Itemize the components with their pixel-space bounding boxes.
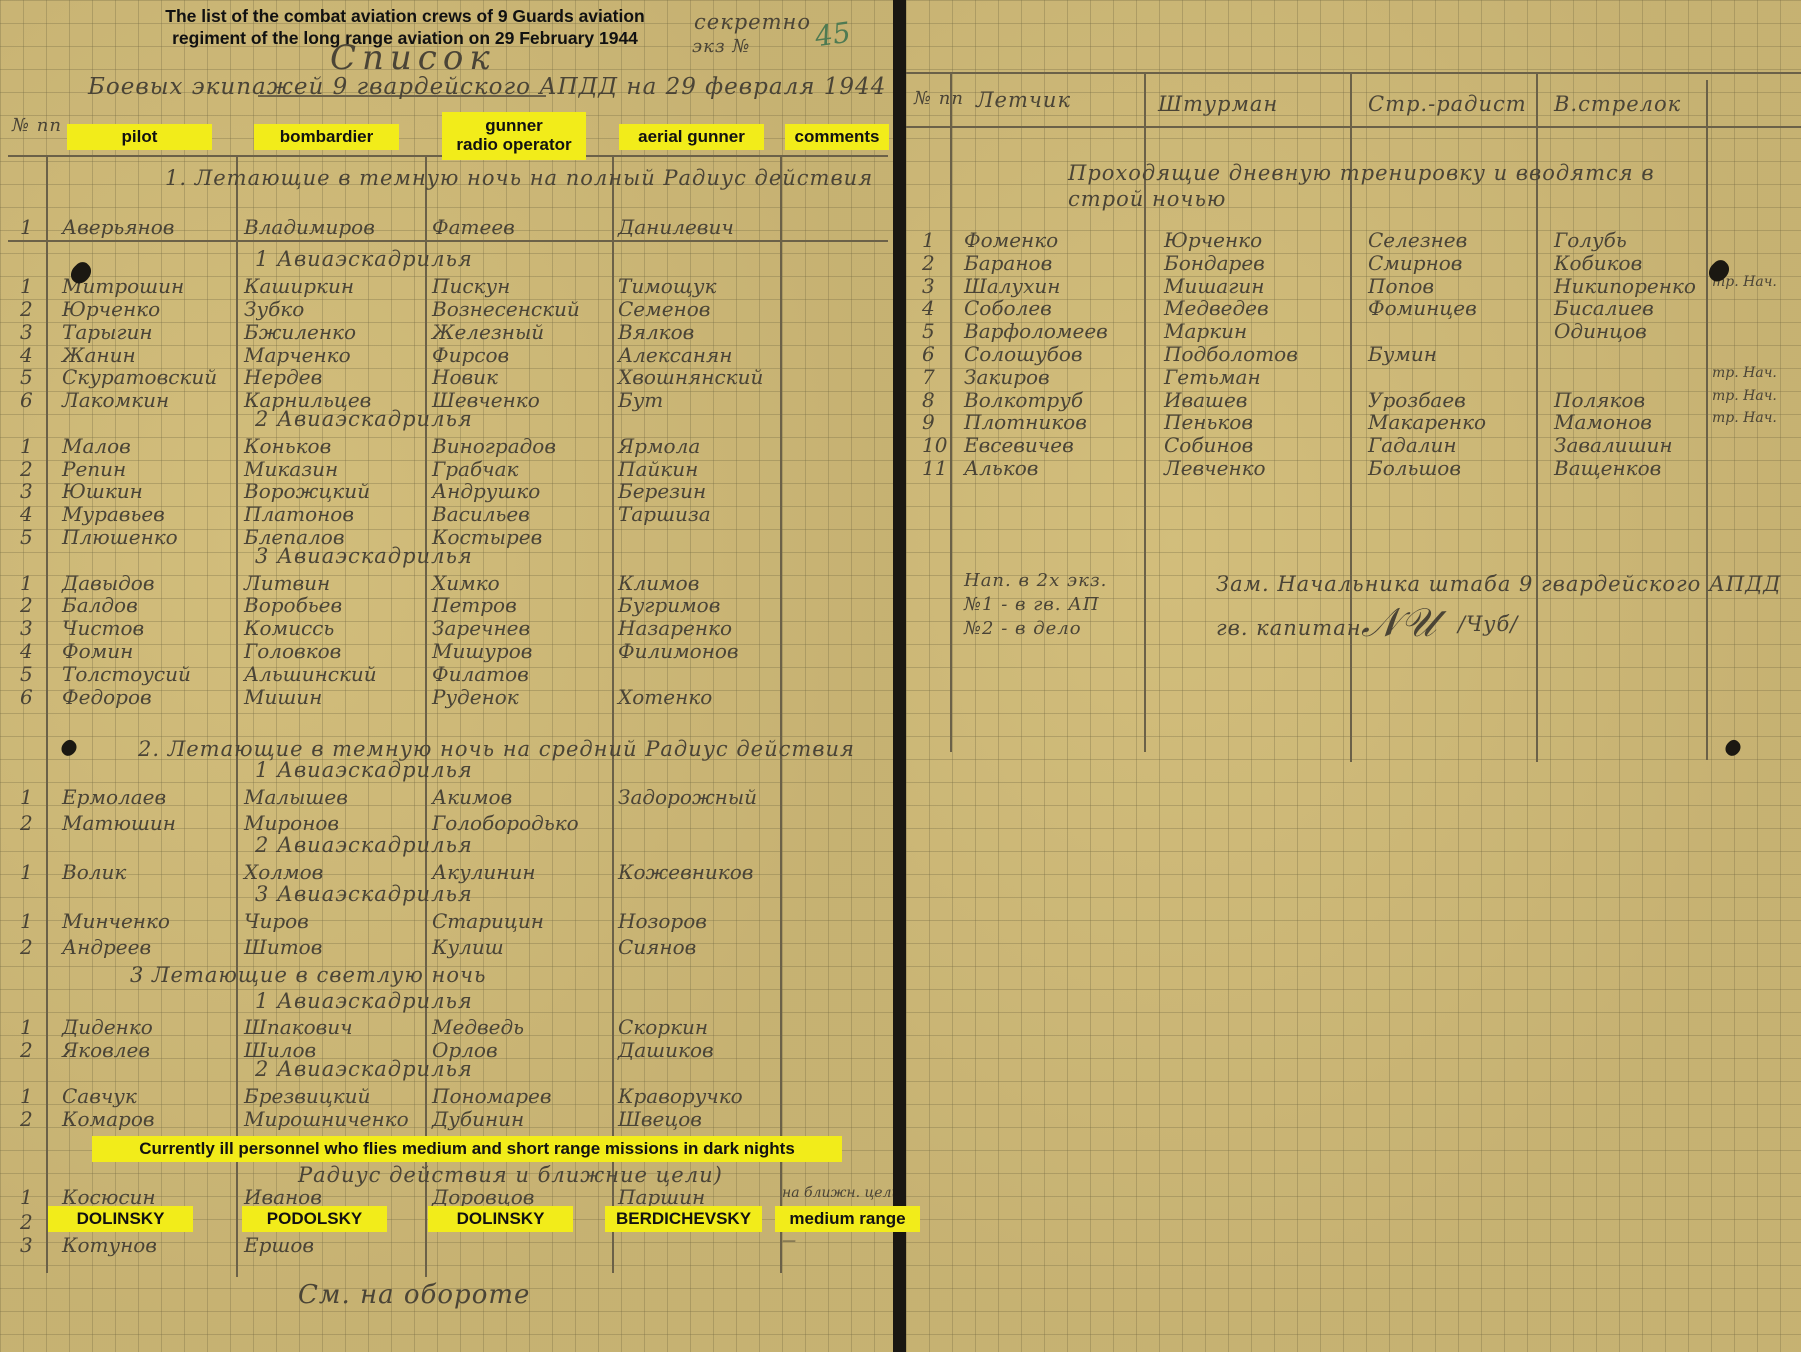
cell-pilot: Тарыгин: [62, 320, 153, 344]
cell-bombardier: Ворожцкий: [244, 479, 370, 503]
cell-pilot: Фоменко: [964, 228, 1058, 252]
signature-title: Зам. Начальника штаба 9 гвардейского АПД…: [1216, 572, 1781, 596]
column-label-comments: comments: [785, 124, 889, 150]
squadron-title: 3 Авиаэскадрилья: [255, 544, 473, 568]
cell-n: 9: [922, 410, 935, 434]
cell-n: 4: [20, 343, 33, 367]
cell-n: 6: [20, 388, 33, 412]
signature-rank: гв. капитан: [1216, 616, 1362, 640]
cell-aerial-gunner: Пайкин: [618, 457, 698, 481]
cell-aerial-gunner: Березин: [618, 479, 706, 503]
cell-bombardier: Литвин: [244, 571, 330, 595]
cell-gunner: Большов: [1368, 456, 1461, 480]
cell-pilot: Репин: [62, 457, 126, 481]
ill-handwritten-note: Радиус действия и ближние цели): [298, 1163, 723, 1187]
cell-gunner: Акулинин: [432, 860, 536, 884]
secret-mark: секретно: [694, 10, 811, 34]
cell-aerial-gunner: Кожевников: [618, 860, 753, 884]
cell-aerial-gunner: Бугримов: [618, 593, 720, 617]
cell-n: 5: [20, 525, 33, 549]
cell-bombardier: Воробьев: [244, 593, 342, 617]
cell-comment: тр. Нач.: [1712, 365, 1777, 381]
cell-bombardier: Комиссь: [244, 616, 334, 640]
cell-gunner: Медведь: [432, 1015, 524, 1039]
table-row: 2МатюшинМироновГолобородько: [0, 811, 893, 833]
table-row: 3ШалухинМишагинПоповНикипоренкотр. Нач.: [906, 274, 1801, 296]
cell-n: 1: [20, 215, 33, 239]
header-aerial-gunner: В.стрелок: [1554, 92, 1681, 116]
cell-bombardier: Зубко: [244, 297, 304, 321]
cell-bombardier: Марченко: [244, 343, 351, 367]
cell-n: 10: [922, 433, 947, 457]
cell-n: 1: [922, 228, 935, 252]
table-row: 2КомаровМирошниченкоДубининШвецов: [0, 1107, 893, 1129]
table-row: 5ТолстоусийАльшинскийФилатов: [0, 662, 893, 684]
cell-bombardier: Малышев: [244, 785, 348, 809]
table-row: 4ФоминГоловковМишуровФилимонов: [0, 639, 893, 661]
distribution-line-2: №1 - в гв. АП: [964, 594, 1100, 615]
cell-pilot: Скуратовский: [62, 365, 217, 389]
cell-n: 11: [922, 456, 947, 480]
cell-gunner: Урозбаев: [1368, 388, 1466, 412]
cell-gunner: Петров: [432, 593, 517, 617]
cell-gunner: Пономарев: [432, 1084, 551, 1108]
cell-gunner: Грабчак: [432, 457, 518, 481]
cell-pilot: Закиров: [964, 365, 1050, 389]
distribution-line-3: №2 - в дело: [964, 618, 1082, 639]
squadron-title: 1 Авиаэскадрилья: [255, 758, 473, 782]
cell-gunner: Кулиш: [432, 935, 504, 959]
column-label-bombardier: bombardier: [254, 124, 399, 150]
cell-gunner: Андрушко: [432, 479, 540, 503]
cell-pilot: Минченко: [62, 909, 170, 933]
cell-aerial-gunner: Мамонов: [1554, 410, 1652, 434]
squadron-title: 1 Авиаэскадрилья: [255, 247, 473, 271]
cell-aerial-gunner: Климов: [618, 571, 699, 595]
cell-pilot: Жанин: [62, 343, 136, 367]
column-label-pilot: pilot: [67, 124, 212, 150]
table-row: 8ВолкотрубИвашевУрозбаевПоляковтр. Нач.: [906, 388, 1801, 410]
table-row: 1СавчукБрезвицкийПономаревКраворучко: [0, 1084, 893, 1106]
table-row: 6СолошубовПодболотовБумин: [906, 342, 1801, 364]
title-line-1: The list of the combat aviation crews of…: [125, 6, 685, 28]
table-row: 5СкуратовскийНердевНовикХвошнянский: [0, 365, 893, 387]
cell-n: 3: [20, 1233, 33, 1257]
cell-bombardier: Брезвицкий: [244, 1084, 370, 1108]
cell-aerial-gunner: Одинцов: [1554, 319, 1647, 343]
table-row: 1МаловКоньковВиноградовЯрмола: [0, 434, 893, 456]
table-row: 4МуравьевПлатоновВасильевТаршиза: [0, 502, 893, 524]
cell-n: 1: [20, 1185, 33, 1209]
cell-comment: тр. Нач.: [1712, 388, 1777, 404]
cell-n: 5: [922, 319, 935, 343]
cell-bombardier: Пеньков: [1164, 410, 1253, 434]
ill-personnel-label: Currently ill personnel who flies medium…: [92, 1136, 842, 1162]
cell-pilot: Савчук: [62, 1084, 137, 1108]
cell-pilot: Альков: [964, 456, 1038, 480]
table-row: 6ФедоровМишинРуденокХотенко: [0, 685, 893, 707]
cell-n: 2: [922, 251, 935, 275]
section-title: Проходящие дневную тренировку и вводятся…: [1068, 160, 1708, 212]
cell-n: 6: [922, 342, 935, 366]
cell-pilot: Чистов: [62, 616, 144, 640]
cell-bombardier: Владимиров: [244, 215, 375, 239]
table-row: 3ТарыгинБжиленкоЖелезныйВялков: [0, 320, 893, 342]
table-row: 1МинченкоЧировСтарицинНозоров: [0, 909, 893, 931]
page-number: 45: [813, 16, 853, 54]
cell-gunner: Заречнев: [432, 616, 530, 640]
header-gunner: Стр.-радист: [1368, 92, 1527, 116]
cell-bombardier: Бжиленко: [244, 320, 356, 344]
cell-gunner: Макаренко: [1368, 410, 1486, 434]
cell-aerial-gunner: Никипоренко: [1554, 274, 1696, 298]
bottom-label-pilot: DOLINSKY: [48, 1206, 193, 1232]
document-heading: Список: [330, 38, 496, 78]
cell-aerial-gunner: Данилевич: [618, 215, 734, 239]
cell-pilot: Евсевичев: [964, 433, 1074, 457]
cell-comment: —: [782, 1233, 796, 1249]
cell-bombardier: Собинов: [1164, 433, 1253, 457]
cell-bombardier: Ивашев: [1164, 388, 1247, 412]
cell-n: 1: [20, 1084, 33, 1108]
cell-pilot: Котунов: [62, 1233, 157, 1257]
cell-n: 2: [20, 297, 33, 321]
cell-pilot: Балдов: [62, 593, 138, 617]
table-row: 7ЗакировГетьмантр. Нач.: [906, 365, 1801, 387]
column-label-aerial-gunner: aerial gunner: [619, 124, 764, 150]
cell-pilot: Малов: [62, 434, 131, 458]
cell-gunner: Смирнов: [1368, 251, 1462, 275]
label-gunner: gunner: [485, 117, 543, 136]
cell-bombardier: Головков: [244, 639, 341, 663]
right-page: № пп Летчик Штурман Стр.-радист В.стрело…: [906, 0, 1801, 1352]
table-row: 1ДиденкоШпаковичМедведьСкоркин: [0, 1015, 893, 1037]
cell-aerial-gunner: Алексанян: [618, 343, 732, 367]
header-bottom-line: [906, 126, 1801, 128]
cell-gunner: Руденок: [432, 685, 519, 709]
cell-n: 3: [20, 479, 33, 503]
cell-aerial-gunner: Назаренко: [618, 616, 732, 640]
left-page: The list of the combat aviation crews of…: [0, 0, 893, 1352]
footer-note: См. на обороте: [298, 1280, 530, 1310]
cell-aerial-gunner: Вялков: [618, 320, 694, 344]
cell-gunner: Старицин: [432, 909, 544, 933]
squadron-title: 2 Авиаэскадрилья: [255, 833, 473, 857]
section-3-title: 3 Летающие в светлую ночь: [130, 963, 486, 987]
table-row: 4СоболевМедведевФоминцевБисалиев: [906, 296, 1801, 318]
cell-n: 5: [20, 365, 33, 389]
cell-pilot: Ермолаев: [62, 785, 166, 809]
cell-bombardier: Миказин: [244, 457, 338, 481]
section-2-title: 2. Летающие в темную ночь на средний Рад…: [138, 737, 855, 761]
cell-aerial-gunner: Кобиков: [1554, 251, 1642, 275]
cell-n: 3: [922, 274, 935, 298]
cell-gunner: Бумин: [1368, 342, 1437, 366]
cell-bombardier: Левченко: [1164, 456, 1266, 480]
table-row: 1АверьяновВладимировФатеевДанилевич: [0, 215, 893, 237]
cell-n: 1: [20, 909, 33, 933]
table-row: 2БалдовВоробьевПетровБугримов: [0, 593, 893, 615]
bottom-label-gunner: DOLINSKY: [428, 1206, 573, 1232]
cell-n: 5: [20, 662, 33, 686]
cell-pilot: Баранов: [964, 251, 1052, 275]
cell-n: 2: [20, 593, 33, 617]
cell-n: 8: [922, 388, 935, 412]
cell-n: 2: [20, 457, 33, 481]
table-row: 11АльковЛевченкоБольшовВащенков: [906, 456, 1801, 478]
table-row: 5ВарфоломеевМаркинОдинцов: [906, 319, 1801, 341]
cell-gunner: Химко: [432, 571, 500, 595]
squadron-title: 2 Авиаэскадрилья: [255, 407, 473, 431]
cell-aerial-gunner: Бисалиев: [1554, 296, 1654, 320]
signature-name: /Чуб/: [1458, 612, 1518, 636]
table-row: 3ЧистовКомиссьЗаречневНазаренко: [0, 616, 893, 638]
cell-gunner: Фоминцев: [1368, 296, 1477, 320]
cell-aerial-gunner: Нозоров: [618, 909, 707, 933]
cell-bombardier: Миронов: [244, 811, 339, 835]
bottom-label-comments: medium range: [775, 1206, 920, 1232]
table-row: 1ВоликХолмовАкулининКожевников: [0, 860, 893, 882]
cell-gunner: Виноградов: [432, 434, 556, 458]
signature-scrawl: 𝒩𝒰: [1361, 600, 1437, 646]
cell-pilot: Лакомкин: [62, 388, 169, 412]
cell-comment: на ближн. цели: [782, 1185, 901, 1201]
cell-gunner: Селезнев: [1368, 228, 1467, 252]
table-row: 2РепинМиказинГрабчакПайкин: [0, 457, 893, 479]
cell-bombardier: Альшинский: [244, 662, 377, 686]
cell-gunner: Гадалин: [1368, 433, 1457, 457]
cell-n: 2: [20, 1038, 33, 1062]
squadron-title: 1 Авиаэскадрилья: [255, 989, 473, 1013]
cell-bombardier: Платонов: [244, 502, 354, 526]
cell-n: 4: [20, 639, 33, 663]
cell-pilot: Яковлев: [62, 1038, 150, 1062]
cell-pilot: Давыдов: [62, 571, 154, 595]
cell-gunner: Фатеев: [432, 215, 515, 239]
cell-bombardier: Коньков: [244, 434, 331, 458]
cell-aerial-gunner: Поляков: [1554, 388, 1645, 412]
cell-bombardier: Ершов: [244, 1233, 314, 1257]
cell-bombardier: Каширкин: [244, 274, 354, 298]
cell-comment: тр. Нач.: [1712, 410, 1777, 426]
cell-gunner: Голобородько: [432, 811, 579, 835]
cell-pilot: Муравьев: [62, 502, 165, 526]
cell-n: 2: [20, 1210, 33, 1234]
cell-n: 1: [20, 434, 33, 458]
table-row: 3КотуновЕршов—: [0, 1233, 893, 1255]
cell-gunner: Новик: [432, 365, 498, 389]
header-bottom-line: [8, 240, 888, 242]
cell-bombardier: Медведев: [1164, 296, 1269, 320]
cell-bombardier: Холмов: [244, 860, 323, 884]
cell-aerial-gunner: Краворучко: [618, 1084, 743, 1108]
copy-mark: экз №: [692, 36, 750, 57]
cell-bombardier: Мишагин: [1164, 274, 1264, 298]
cell-aerial-gunner: Голубь: [1554, 228, 1627, 252]
cell-bombardier: Мишин: [244, 685, 322, 709]
cell-n: 4: [922, 296, 935, 320]
cell-n: 4: [20, 502, 33, 526]
cell-gunner: Попов: [1368, 274, 1434, 298]
cell-aerial-gunner: Дашиков: [618, 1038, 714, 1062]
bottom-label-bombardier: PODOLSKY: [242, 1206, 387, 1232]
cell-bombardier: Юрченко: [1164, 228, 1262, 252]
cell-n: 1: [20, 274, 33, 298]
cell-pilot: Юшкин: [62, 479, 143, 503]
punch-hole: [1722, 737, 1743, 758]
table-row: 1ФоменкоЮрченкоСелезневГолубь: [906, 228, 1801, 250]
cell-bombardier: Шпакович: [244, 1015, 353, 1039]
punch-hole: [58, 737, 79, 758]
cell-aerial-gunner: Сиянов: [618, 935, 696, 959]
table-row: 1ДавыдовЛитвинХимкоКлимов: [0, 571, 893, 593]
cell-aerial-gunner: Хвошнянский: [618, 365, 763, 389]
table-row: 9ПлотниковПеньковМакаренкоМамоновтр. Нач…: [906, 410, 1801, 432]
cell-bombardier: Бондарев: [1164, 251, 1265, 275]
num-header: № пп: [914, 88, 964, 109]
cell-aerial-gunner: Ярмола: [618, 434, 700, 458]
cell-gunner: Филатов: [432, 662, 529, 686]
table-row: 1КосюсинИвановДоровцовПаршинна ближн. це…: [0, 1185, 893, 1207]
header-bombardier: Штурман: [1158, 92, 1278, 116]
cell-aerial-gunner: Ващенков: [1554, 456, 1661, 480]
cell-n: 2: [20, 811, 33, 835]
bottom-label-aerial-gunner: BERDICHEVSKY: [605, 1206, 762, 1232]
page-seam: [893, 0, 906, 1352]
table-row: 4ЖанинМарченкоФирсовАлексанян: [0, 343, 893, 365]
table-row: 1ЕрмолаевМалышевАкимовЗадорожный: [0, 785, 893, 807]
cell-n: 6: [20, 685, 33, 709]
cell-pilot: Волкотруб: [964, 388, 1083, 412]
cell-bombardier: Мирошниченко: [244, 1107, 409, 1131]
cell-pilot: Шалухин: [964, 274, 1060, 298]
section-1-title: 1. Летающие в темную ночь на полный Ради…: [165, 166, 873, 190]
cell-aerial-gunner: Завалишин: [1554, 433, 1673, 457]
cell-gunner: Васильев: [432, 502, 530, 526]
table-row: 2БарановБондаревСмирновКобиков: [906, 251, 1801, 273]
cell-aerial-gunner: Таршиза: [618, 502, 711, 526]
table-row: 2ЮрченкоЗубкоВознесенскийСеменов: [0, 297, 893, 319]
header-pilot: Летчик: [976, 88, 1071, 112]
cell-pilot: Андреев: [62, 935, 151, 959]
table-row: 10ЕвсевичевСобиновГадалинЗавалишин: [906, 433, 1801, 455]
cell-n: 1: [20, 1015, 33, 1039]
cell-gunner: Железный: [432, 320, 544, 344]
cell-pilot: Варфоломеев: [964, 319, 1108, 343]
cell-n: 3: [20, 616, 33, 640]
cell-pilot: Федоров: [62, 685, 152, 709]
cell-gunner: Дубинин: [432, 1107, 524, 1131]
cell-aerial-gunner: Хотенко: [618, 685, 712, 709]
table-row: 1МитрошинКаширкинПискунТимощук: [0, 274, 893, 296]
cell-bombardier: Гетьман: [1164, 365, 1261, 389]
cell-aerial-gunner: Филимонов: [618, 639, 739, 663]
cell-gunner: Пискун: [432, 274, 510, 298]
cell-pilot: Фомин: [62, 639, 133, 663]
cell-n: 7: [922, 365, 935, 389]
cell-aerial-gunner: Швецов: [618, 1107, 702, 1131]
cell-n: 1: [20, 571, 33, 595]
squadron-title: 3 Авиаэскадрилья: [255, 882, 473, 906]
cell-pilot: Матюшин: [62, 811, 176, 835]
cell-aerial-gunner: Семенов: [618, 297, 710, 321]
cell-bombardier: Подболотов: [1164, 342, 1298, 366]
cell-n: 1: [20, 785, 33, 809]
cell-bombardier: Шитов: [244, 935, 322, 959]
cell-pilot: Комаров: [62, 1107, 155, 1131]
cell-pilot: Соболев: [964, 296, 1052, 320]
cell-pilot: Плюшенко: [62, 525, 178, 549]
label-radio-operator: radio operator: [456, 136, 571, 155]
num-header: № пп: [12, 115, 62, 136]
distribution-line-1: Нап. в 2х экз.: [964, 570, 1107, 591]
cell-pilot: Солошубов: [964, 342, 1083, 366]
cell-n: 1: [20, 860, 33, 884]
cell-aerial-gunner: Бут: [618, 388, 663, 412]
cell-bombardier: Чиров: [244, 909, 309, 933]
cell-gunner: Вознесенский: [432, 297, 580, 321]
document-subheading: Боевых экипажей 9 гвардейского АПДД на 2…: [88, 74, 916, 100]
column-label-gunner-radio-operator: gunner radio operator: [442, 112, 586, 160]
table-row: 2АндреевШитовКулишСиянов: [0, 935, 893, 957]
cell-n: 2: [20, 1107, 33, 1131]
cell-aerial-gunner: Задорожный: [618, 785, 757, 809]
cell-gunner: Фирсов: [432, 343, 509, 367]
cell-n: 2: [20, 935, 33, 959]
cell-pilot: Юрченко: [62, 297, 160, 321]
cell-pilot: Аверьянов: [62, 215, 174, 239]
cell-pilot: Плотников: [964, 410, 1087, 434]
cell-pilot: Диденко: [62, 1015, 153, 1039]
table-top-line: [906, 72, 1801, 74]
cell-n: 3: [20, 320, 33, 344]
table-row: 3ЮшкинВорожцкийАндрушкоБерезин: [0, 479, 893, 501]
cell-pilot: Волик: [62, 860, 126, 884]
cell-bombardier: Маркин: [1164, 319, 1247, 343]
cell-aerial-gunner: Тимощук: [618, 274, 716, 298]
cell-gunner: Акимов: [432, 785, 512, 809]
cell-aerial-gunner: Скоркин: [618, 1015, 708, 1039]
cell-pilot: Толстоусий: [62, 662, 191, 686]
cell-bombardier: Нердев: [244, 365, 322, 389]
cell-gunner: Мишуров: [432, 639, 532, 663]
squadron-title: 2 Авиаэскадрилья: [255, 1057, 473, 1081]
